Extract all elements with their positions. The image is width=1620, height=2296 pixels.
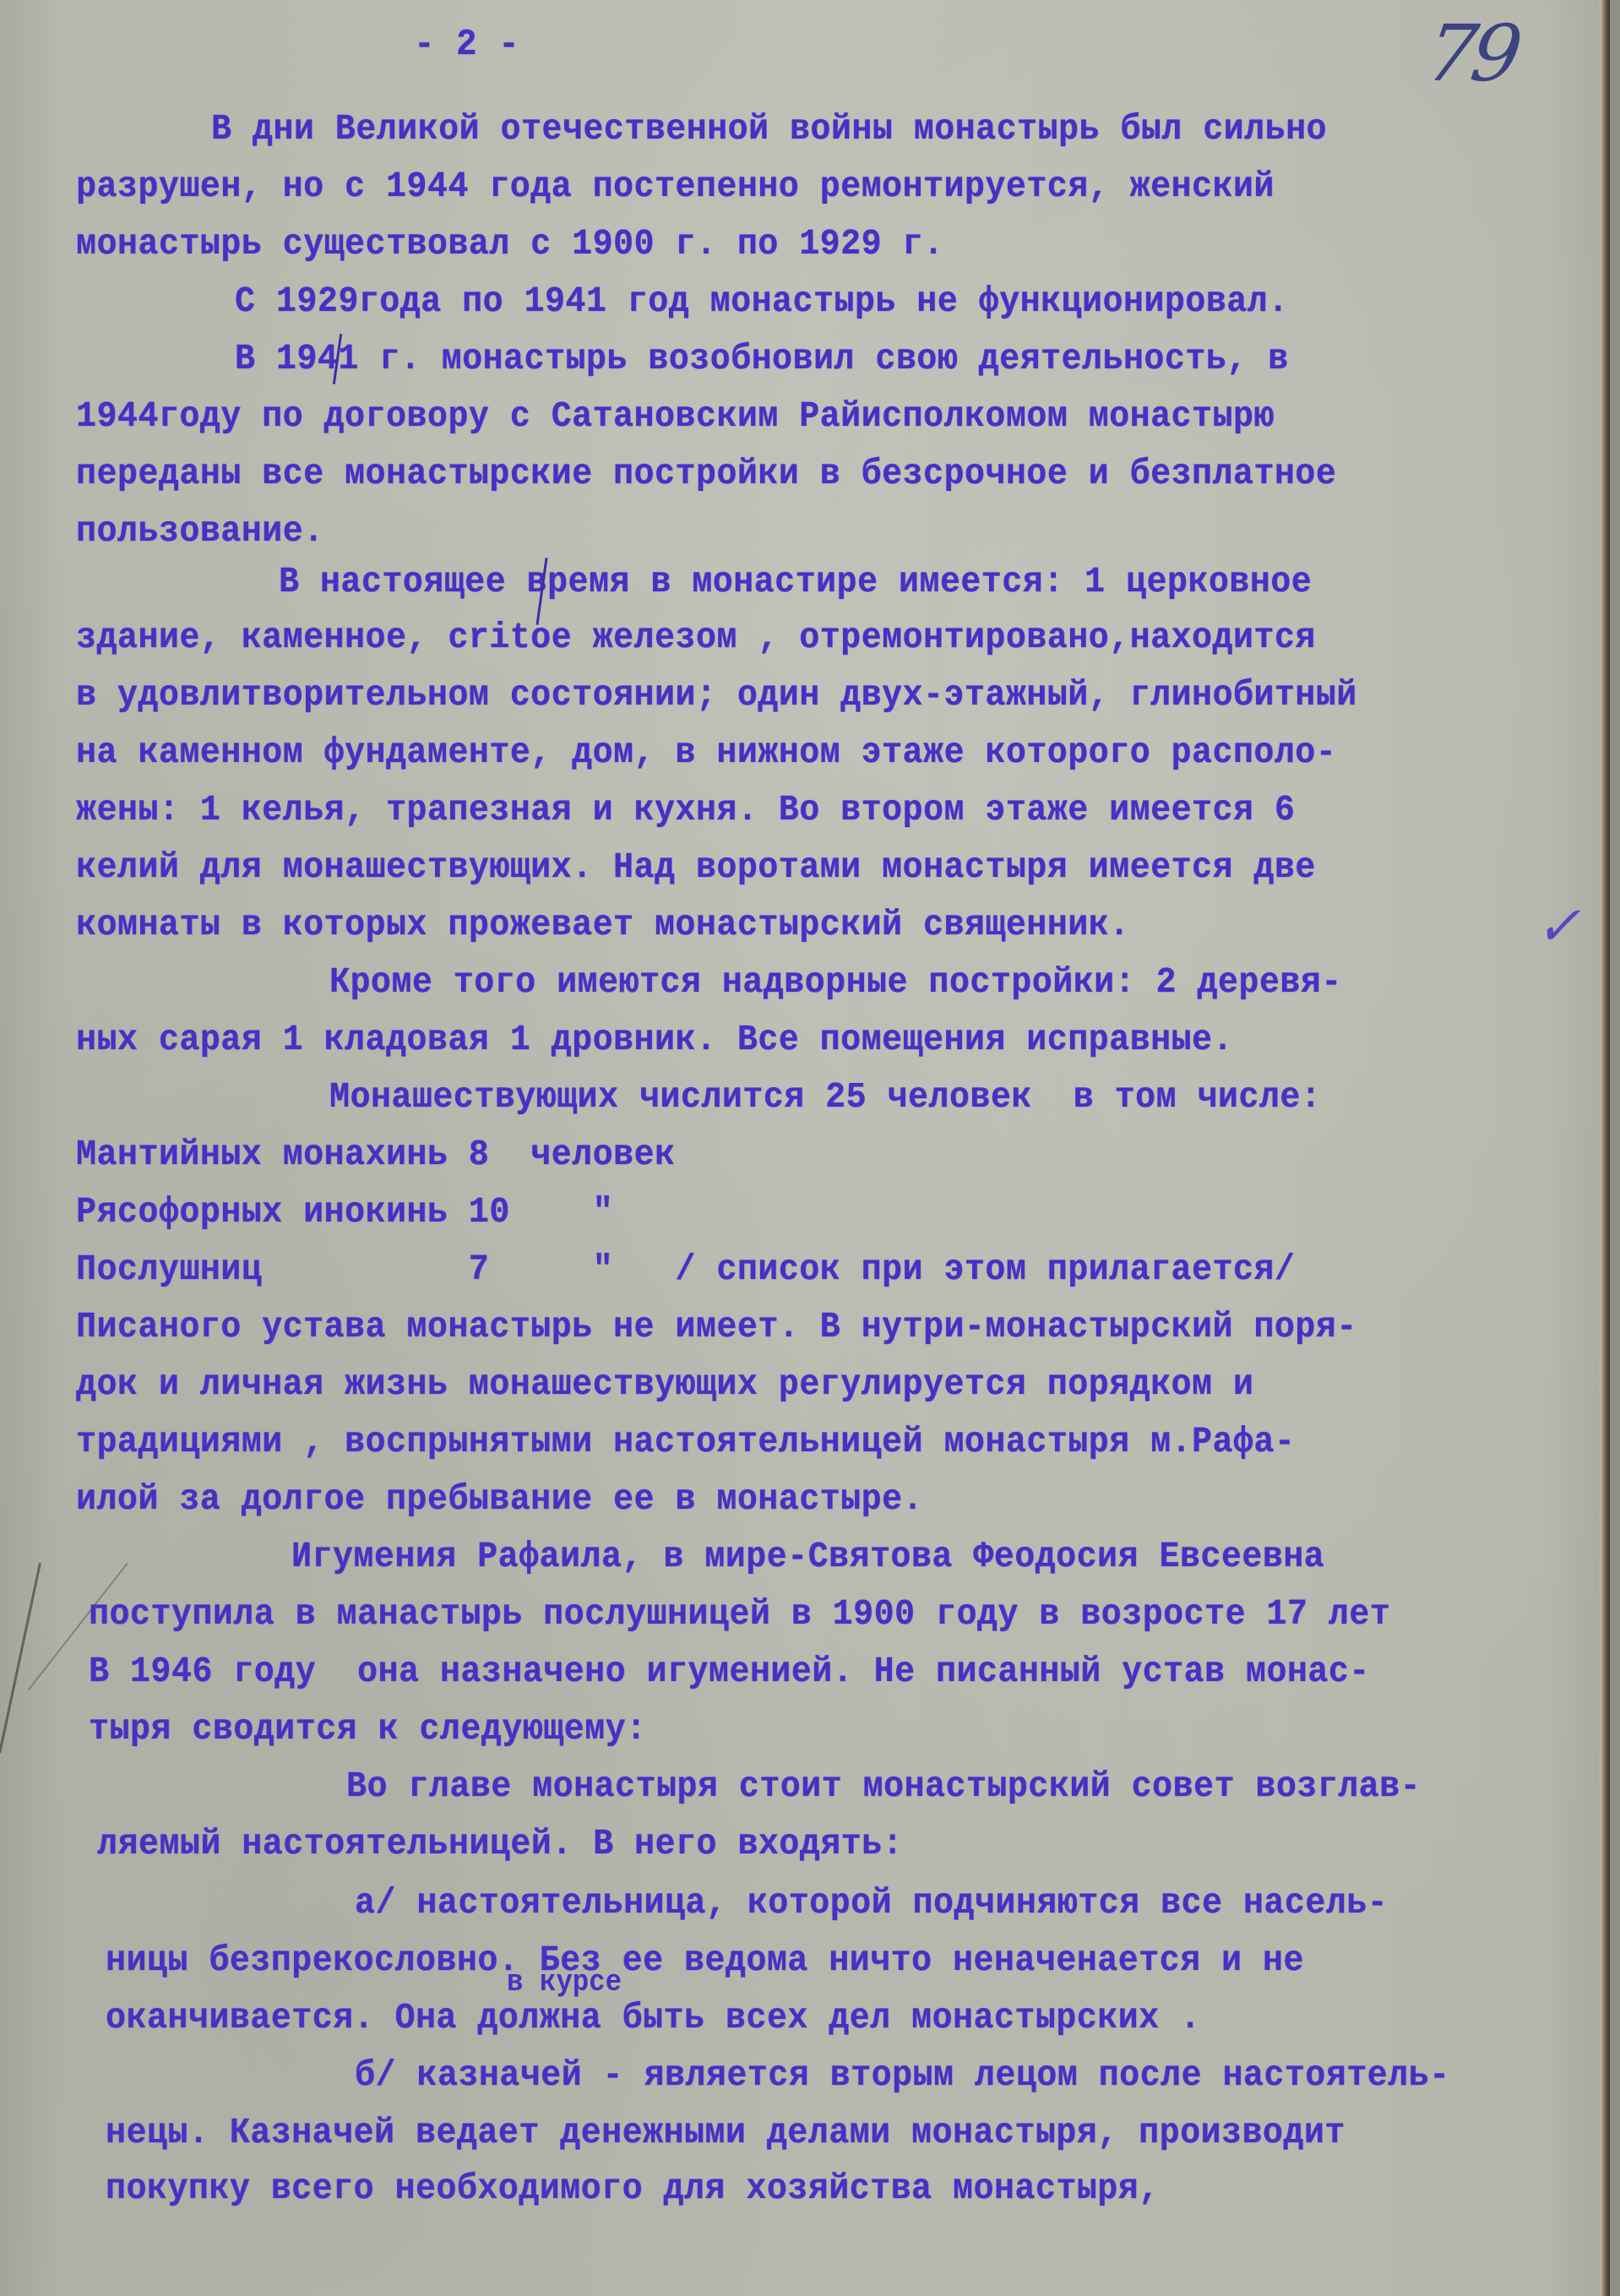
- text-line: В дни Великой отечественной войны монаст…: [211, 108, 1327, 150]
- text-line: Во главе монастыря стоит монастырский со…: [346, 1766, 1421, 1807]
- text-line: жены: 1 келья, трапезная и кухня. Во вто…: [76, 789, 1295, 830]
- text-line: разрушен, но с 1944 года постепенно ремо…: [76, 166, 1275, 207]
- interlinear-insert: в курсе: [507, 1965, 622, 1999]
- text-line: пользование.: [76, 510, 324, 552]
- text-line: Игумения Рафаила, в мире-Святова Феодоси…: [291, 1536, 1324, 1577]
- text-line: здание, каменное, critoe железом , отрем…: [76, 617, 1316, 658]
- text-line: В настоящее время в монастире имеется: 1…: [279, 561, 1312, 602]
- text-line: илой за долгое пребывание ее в монастыре…: [76, 1478, 923, 1520]
- text-line: Рясофорных инокинь 10 ": [76, 1191, 613, 1232]
- text-line: поступила в манастырь послушницей в 1900…: [89, 1593, 1390, 1635]
- text-line: в удовлитворительном состоянии; один дву…: [76, 674, 1357, 715]
- text-line: В 1946 году она назначено игуменией. Не …: [89, 1651, 1370, 1692]
- text-line: традициями , воспрынятыми настоятельнице…: [76, 1421, 1295, 1462]
- text-line: С 1929года по 1941 год монастырь не функ…: [235, 280, 1289, 322]
- archive-folio-number: 79: [1421, 8, 1522, 99]
- page-number: - 2 -: [414, 24, 519, 66]
- text-line: нецы. Казначей ведает денежными делами м…: [106, 2112, 1345, 2153]
- text-line: Мантийных монахинь 8 человек: [76, 1134, 675, 1175]
- text-line: 1944году по договору с Сатановским Райис…: [76, 395, 1275, 437]
- text-line: ницы безпрекословно. Без ее ведома ничто…: [106, 1940, 1304, 1981]
- text-line: комнаты в которых прожевает монастырский…: [76, 904, 1130, 945]
- text-line: док и личная жизнь монашествующих регули…: [76, 1363, 1253, 1405]
- text-line: тыря сводится к следующему:: [89, 1708, 647, 1749]
- pencil-margin-mark: [0, 1563, 41, 1754]
- text-line: на каменном фундаменте, дом, в нижном эт…: [76, 732, 1336, 773]
- text-line: оканчивается. Она должна быть всех дел м…: [106, 1997, 1201, 2038]
- text-line: келий для монашествующих. Над воротами м…: [76, 846, 1316, 888]
- text-line: ляемый настоятельницей. В него входять:: [97, 1823, 903, 1864]
- text-line: переданы все монастырские постройки в бе…: [76, 453, 1336, 494]
- document-page: - 2 - 79 В дни Великой отечественной вой…: [0, 0, 1610, 2296]
- text-line: Монашествующих числится 25 человек в том…: [329, 1076, 1321, 1118]
- text-line: Послушниц 7 " / список при этом прилагае…: [76, 1249, 1295, 1290]
- text-line: Писаного устава монастырь не имеет. В ну…: [76, 1306, 1357, 1347]
- page-edge: [1600, 0, 1610, 2296]
- text-line: ных сарая 1 кладовая 1 дровник. Все поме…: [76, 1019, 1233, 1060]
- text-line: В 1941 г. монастырь возобновил свою деят…: [235, 338, 1289, 379]
- margin-check-mark: ✓: [1536, 895, 1581, 958]
- text-line: б/ казначей - является вторым лецом посл…: [355, 2054, 1450, 2096]
- text-line: Кроме того имеются надворные постройки: …: [329, 961, 1342, 1003]
- text-line: а/ настоятельница, которой подчиняются в…: [355, 1882, 1388, 1923]
- text-line: монастырь существовал с 1900 г. по 1929 …: [76, 223, 943, 264]
- text-line: покупку всего необходимого для хозяйства…: [106, 2168, 1160, 2209]
